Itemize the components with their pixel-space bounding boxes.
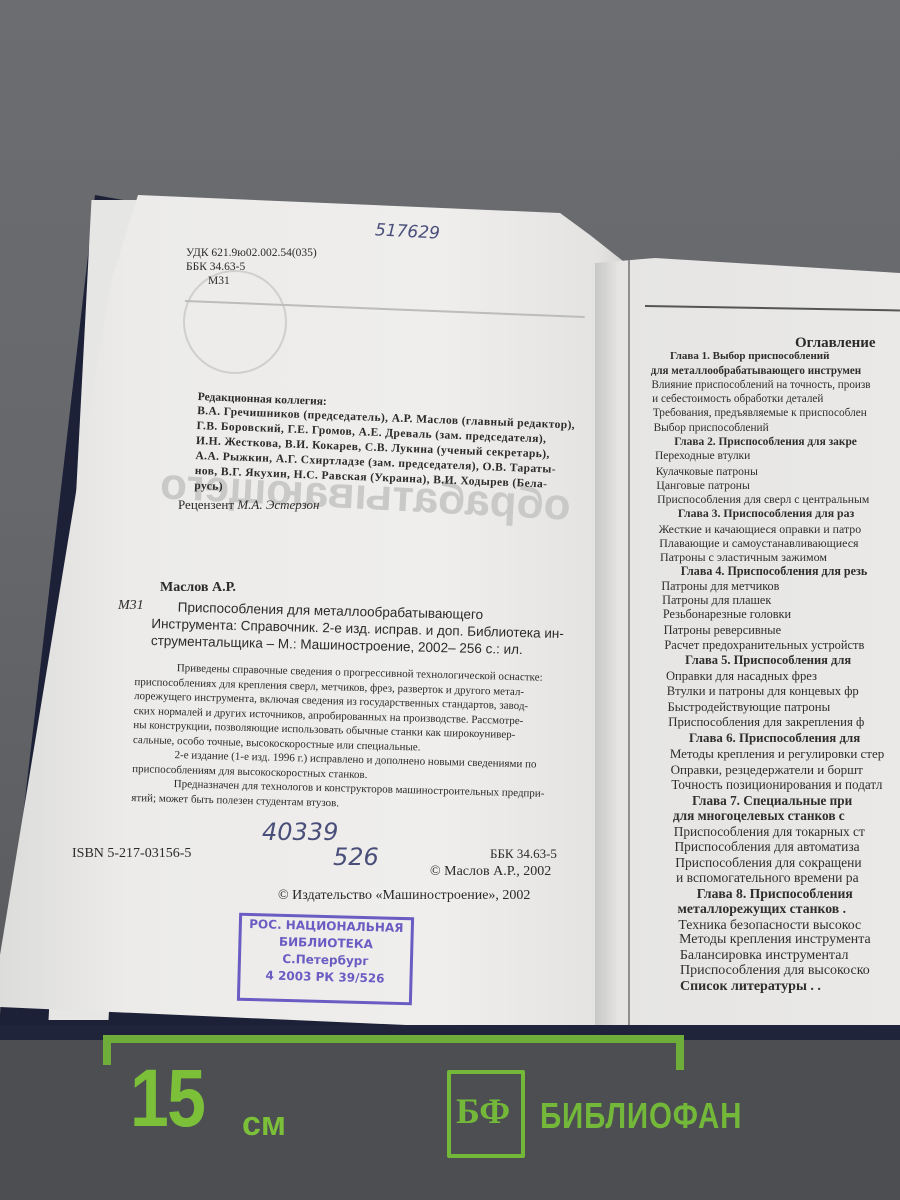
handwritten-inventory-2: 526 xyxy=(333,843,379,871)
toc-entry: Список литературы . . xyxy=(680,979,821,995)
toc-entry: Втулки и патроны для концевых фр xyxy=(667,684,859,699)
show-through-logo xyxy=(183,270,287,374)
toc-entry: Переходные втулки xyxy=(655,450,750,462)
toc-entry: для металлообрабатывающего инструмен xyxy=(651,365,861,377)
toc-entry: Патроны для метчиков xyxy=(661,579,779,594)
library-stamp: РОС. НАЦИОНАЛЬНАЯ БИБЛИОТЕКА С.Петербург… xyxy=(237,913,414,1006)
toc-entry: Приспособления для автоматиза xyxy=(674,839,859,855)
catalog-code-bottom: М31 xyxy=(118,598,144,614)
toc-entry: Приспособления для закрепления ф xyxy=(668,715,864,730)
ruler-tick-left xyxy=(103,1035,111,1065)
handwritten-inventory: 40339 xyxy=(262,818,338,846)
handwritten-number: 517629 xyxy=(375,220,441,243)
toc-entry: Глава 5. Приспособления для xyxy=(685,653,851,668)
toc-entry: Быстродействующие патроны xyxy=(667,700,830,715)
stamp-line-4: 4 2003 РК 39/526 xyxy=(240,967,409,988)
toc-entry: Глава 7. Специальные при xyxy=(692,793,852,809)
toc-entry: Патроны с эластичным зажимом xyxy=(660,550,827,565)
toc-entry: Оправки, резцедержатели и боршт xyxy=(671,762,863,778)
ruler-line xyxy=(103,1035,683,1043)
toc-entry: Глава 4. Приспособления для резь xyxy=(681,564,868,579)
toc-entry: Расчет предохранительных устройств xyxy=(664,638,864,653)
toc-entry: Влияние приспособлений на точность, прои… xyxy=(651,379,870,391)
toc-entry: для многоцелевых станков с xyxy=(673,808,845,824)
udk-code: УДК 621.9ю02.002.54(035) xyxy=(186,247,317,259)
toc-entry: и вспомогательного времени ра xyxy=(676,870,859,886)
toc-entry: Глава 1. Выбор приспособлений xyxy=(670,350,829,362)
toc-entry: Цанговые патроны xyxy=(656,479,749,492)
ruler-tick-right xyxy=(676,1035,684,1070)
toc-entry: Приспособления для токарных ст xyxy=(674,824,865,840)
ruler-value: 15 xyxy=(130,1052,204,1146)
toc-entry: Патроны для плашек xyxy=(662,593,771,608)
toc-entry: Глава 6. Приспособления для xyxy=(689,731,860,746)
isbn: ISBN 5-217-03156-5 xyxy=(72,846,191,862)
bibliographic-description: Приспособления для металлообрабатывающег… xyxy=(151,598,565,659)
author: Маслов А.Р. xyxy=(160,580,236,596)
reviewer: Рецензент М.А. Эстерзон xyxy=(178,497,319,513)
bbk-bottom: ББК 34.63-5 xyxy=(490,846,557,862)
toc-entry: Техника безопасности высокос xyxy=(678,917,861,933)
toc-entry: Кулачковые патроны xyxy=(656,465,758,478)
logo-letters: БФ xyxy=(456,1090,510,1132)
toc-entry: Требования, предъявляемые к приспособлен xyxy=(653,407,867,419)
reviewer-name: М.А. Эстерзон xyxy=(237,497,319,512)
ruler-unit: см xyxy=(242,1105,286,1144)
editorial-board-list: В.А. Гречишников (председатель), А.Р. Ма… xyxy=(194,404,575,508)
toc-entry: Приспособления для высокоско xyxy=(680,963,870,979)
toc-entry: Приспособления для сокращени xyxy=(675,855,861,871)
toc-entry: металлорежущих станков . xyxy=(678,901,847,917)
toc-entry: Выбор приспособлений xyxy=(654,422,769,434)
book-spine xyxy=(628,260,630,1030)
toc-entry: Методы крепления и регулировки стер xyxy=(670,746,884,762)
toc-entry: Оправки для насадных фрез xyxy=(666,669,817,684)
catalog-code: М31 xyxy=(208,275,230,287)
toc-entry: Точность позиционирования и податл xyxy=(671,777,882,793)
toc-entry: Жесткие и качающиеся оправки и патро xyxy=(659,522,862,537)
reviewer-label: Рецензент xyxy=(178,497,234,512)
toc-entry: Резьбонарезные головки xyxy=(663,607,791,622)
toc-entry: Глава 8. Приспособления xyxy=(697,886,853,902)
editorial-board: Редакционная коллегия: В.А. Гречишников … xyxy=(194,390,576,508)
brand-name: БИБЛИОФАН xyxy=(540,1095,742,1137)
toc-entry: Патроны реверсивные xyxy=(664,623,781,638)
copyright-publisher: © Издательство «Машиностроение», 2002 xyxy=(278,888,530,904)
toc-entry: Глава 2. Приспособления для закре xyxy=(674,436,857,448)
copyright-author: © Маслов А.Р., 2002 xyxy=(430,864,551,880)
toc-entry: и себестоимость обработки деталей xyxy=(652,393,823,405)
bbk-code: ББК 34.63-5 xyxy=(186,261,245,273)
toc-entry: Балансировка инструментал xyxy=(680,948,849,964)
toc-entry: Глава 3. Приспособления для раз xyxy=(678,507,854,521)
toc-entry: Методы крепления инструмента xyxy=(679,932,871,948)
toc-entry: Плавающие и самоустанавливающиеся xyxy=(659,536,858,551)
toc-entry: Приспособления для сверл с центральным xyxy=(657,493,869,506)
annotation: Приведены справочные сведения о прогресс… xyxy=(131,660,547,816)
